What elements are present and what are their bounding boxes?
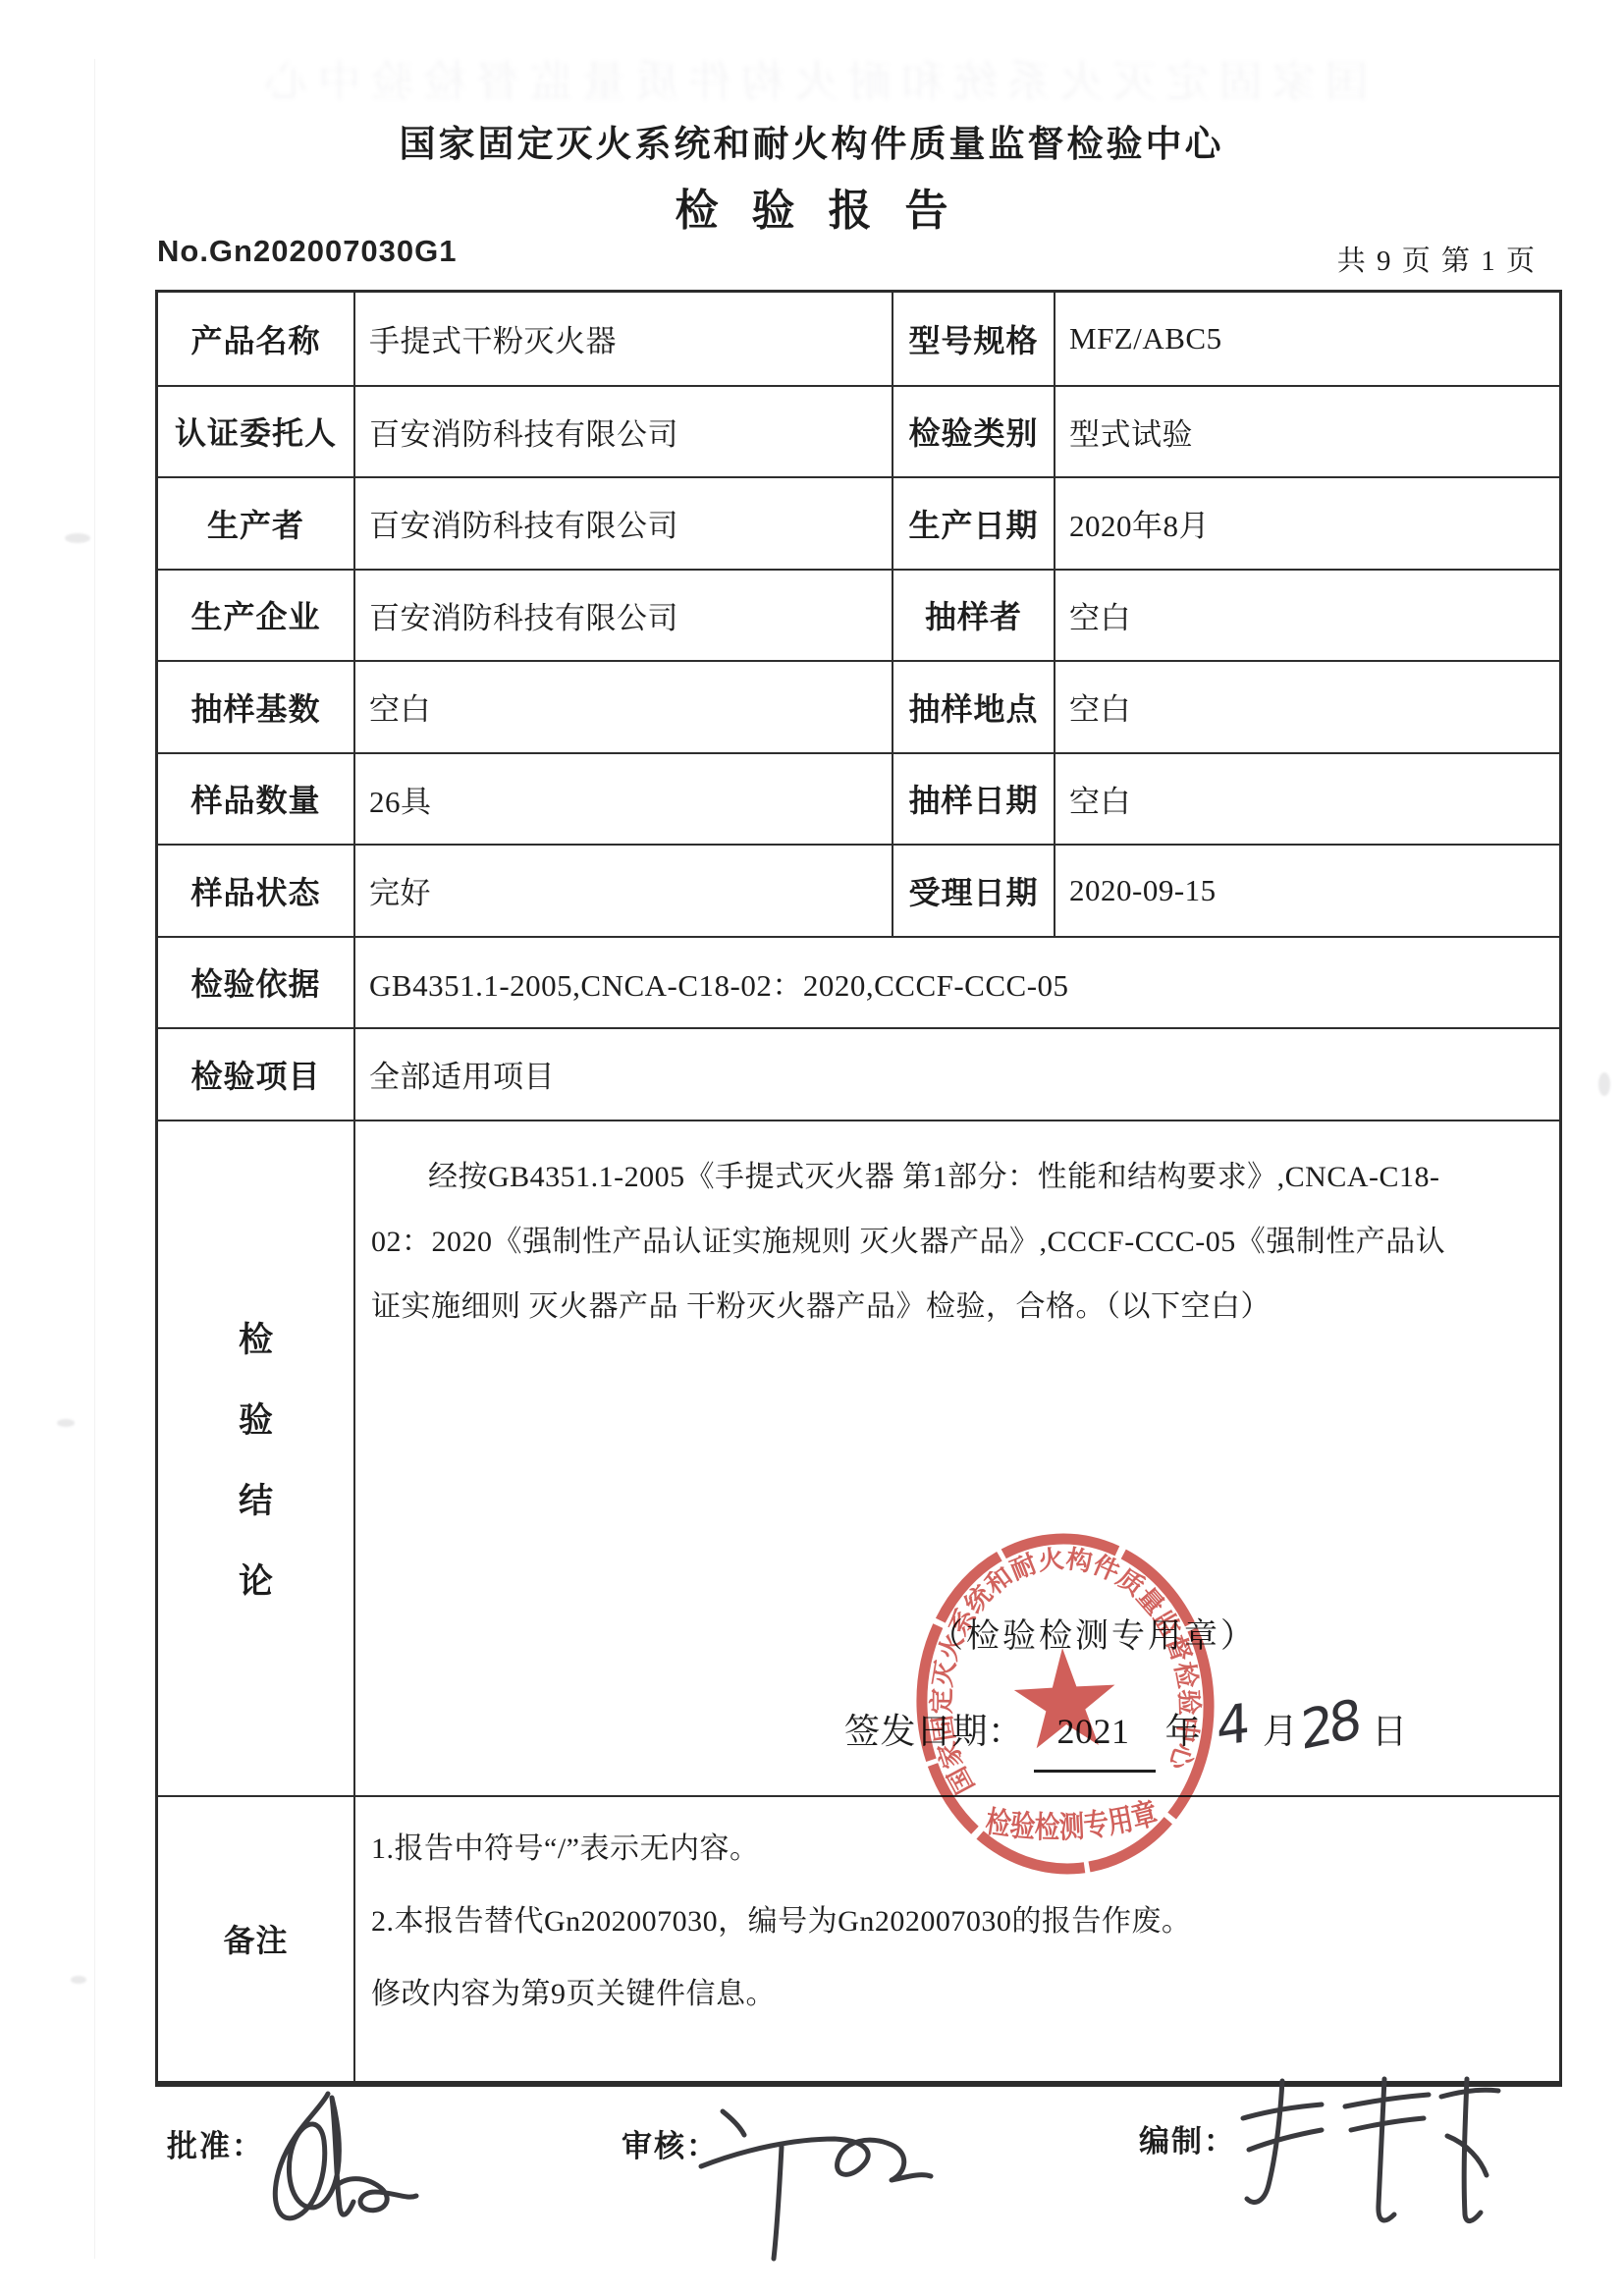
field-label: 抽样日期 xyxy=(892,752,1054,845)
field-label: 抽样者 xyxy=(892,569,1054,661)
report-info-table: 产品名称 手提式干粉灭火器 型号规格 MFZ/ABC5 认证委托人 百安消防科技… xyxy=(155,290,1562,2087)
conclusion-content: 经按GB4351.1-2005《手提式灭火器 第1部分：性能和结构要求》,CNC… xyxy=(353,1120,1559,1795)
report-number: No.Gn202007030G1 xyxy=(157,234,458,269)
scan-speck xyxy=(57,1419,75,1427)
approve-signature xyxy=(234,2080,430,2247)
conclusion-text-line: 经按GB4351.1-2005《手提式灭火器 第1部分：性能和结构要求》,CNC… xyxy=(371,1145,1540,1210)
field-label: 受理日期 xyxy=(892,844,1054,936)
field-label: 产品名称 xyxy=(158,293,353,385)
field-value: 空白 xyxy=(1054,660,1559,752)
field-value: 2020年8月 xyxy=(1054,476,1559,569)
issue-day-unit: 日 xyxy=(1372,1699,1408,1764)
field-value: 百安消防科技有限公司 xyxy=(353,569,892,661)
issue-date-line: 签发日期： 2021 年 4 月 28 日 xyxy=(844,1699,1408,1773)
field-label: 检验依据 xyxy=(158,936,353,1028)
scan-speck xyxy=(65,533,90,543)
field-label: 认证委托人 xyxy=(158,385,353,477)
remarks-content: 1.报告中符号“/”表示无内容。 2.本报告替代Gn202007030，编号为G… xyxy=(353,1795,1559,2082)
scan-speck xyxy=(1598,1072,1610,1096)
field-value: 百安消防科技有限公司 xyxy=(353,385,892,477)
conclusion-label-char: 结 xyxy=(239,1474,273,1523)
field-value: 手提式干粉灭火器 xyxy=(353,293,892,385)
remarks-line: 1.报告中符号“/”表示无内容。 xyxy=(371,1813,1549,1886)
remarks-line: 修改内容为第9页关键件信息。 xyxy=(371,1958,1549,2031)
field-value: 完好 xyxy=(353,844,892,936)
prepare-label: 编制： xyxy=(1139,2116,1236,2160)
field-value: MFZ/ABC5 xyxy=(1054,293,1559,385)
conclusion-label-char: 检 xyxy=(239,1313,273,1362)
prepare-signature xyxy=(1227,2067,1512,2234)
scan-speck xyxy=(71,1976,86,1984)
issue-year: 2021 xyxy=(1034,1699,1156,1773)
conclusion-label: 检 验 结 论 xyxy=(158,1120,353,1795)
field-value: 全部适用项目 xyxy=(353,1027,1559,1120)
field-value: 2020-09-15 xyxy=(1054,844,1559,936)
field-label: 样品状态 xyxy=(158,844,353,936)
report-title: 检验报告 xyxy=(0,175,1623,238)
conclusion-label-char: 验 xyxy=(239,1394,273,1443)
field-label: 型号规格 xyxy=(892,293,1054,385)
field-value: 26具 xyxy=(353,752,892,845)
issue-month-unit: 月 xyxy=(1263,1699,1299,1764)
field-value: 型式试验 xyxy=(1054,385,1559,477)
field-value: 空白 xyxy=(353,660,892,752)
scan-edge-line xyxy=(94,59,95,2259)
field-label: 检验类别 xyxy=(892,385,1054,477)
field-label: 抽样基数 xyxy=(158,660,353,752)
issue-month-handwritten: 4 xyxy=(1217,1696,1251,1754)
field-value: 空白 xyxy=(1054,569,1559,661)
field-label: 生产者 xyxy=(158,476,353,569)
field-value: 空白 xyxy=(1054,752,1559,845)
field-label: 生产企业 xyxy=(158,569,353,661)
conclusion-label-char: 论 xyxy=(239,1555,273,1604)
issue-date-label: 签发日期： xyxy=(844,1699,1024,1764)
field-label: 抽样地点 xyxy=(892,660,1054,752)
conclusion-text-line: 02：2020《强制性产品认证实施规则 灭火器产品》,CCCF-CCC-05《强… xyxy=(371,1210,1540,1275)
issue-year-unit: 年 xyxy=(1165,1699,1202,1764)
remarks-line: 2.本报告替代Gn202007030，编号为Gn202007030的报告作废。 xyxy=(371,1886,1549,1958)
org-name: 国家固定灭火系统和耐火构件质量监督检验中心 xyxy=(0,114,1623,167)
field-value: GB4351.1-2005,CNCA-C18-02：2020,CCCF-CCC-… xyxy=(353,936,1559,1028)
remarks-label: 备注 xyxy=(158,1795,353,2082)
field-value: 百安消防科技有限公司 xyxy=(353,476,892,569)
page-info: 共 9 页 第 1 页 xyxy=(1337,239,1537,279)
review-signature xyxy=(687,2090,952,2267)
field-label: 样品数量 xyxy=(158,752,353,845)
issue-day-handwritten: 28 xyxy=(1300,1692,1358,1758)
scanned-report-page: 国家固定灭火系统和耐火构件质量监督检验中心 国家固定灭火系统和耐火构件质量监督检… xyxy=(0,0,1623,2296)
field-label: 检验项目 xyxy=(158,1027,353,1120)
field-label: 生产日期 xyxy=(892,476,1054,569)
conclusion-text-line: 证实施细则 灭火器产品 干粉灭火器产品》检验，合格。（以下空白） xyxy=(371,1275,1540,1339)
seal-note: （检验检测专用章） xyxy=(930,1605,1257,1669)
